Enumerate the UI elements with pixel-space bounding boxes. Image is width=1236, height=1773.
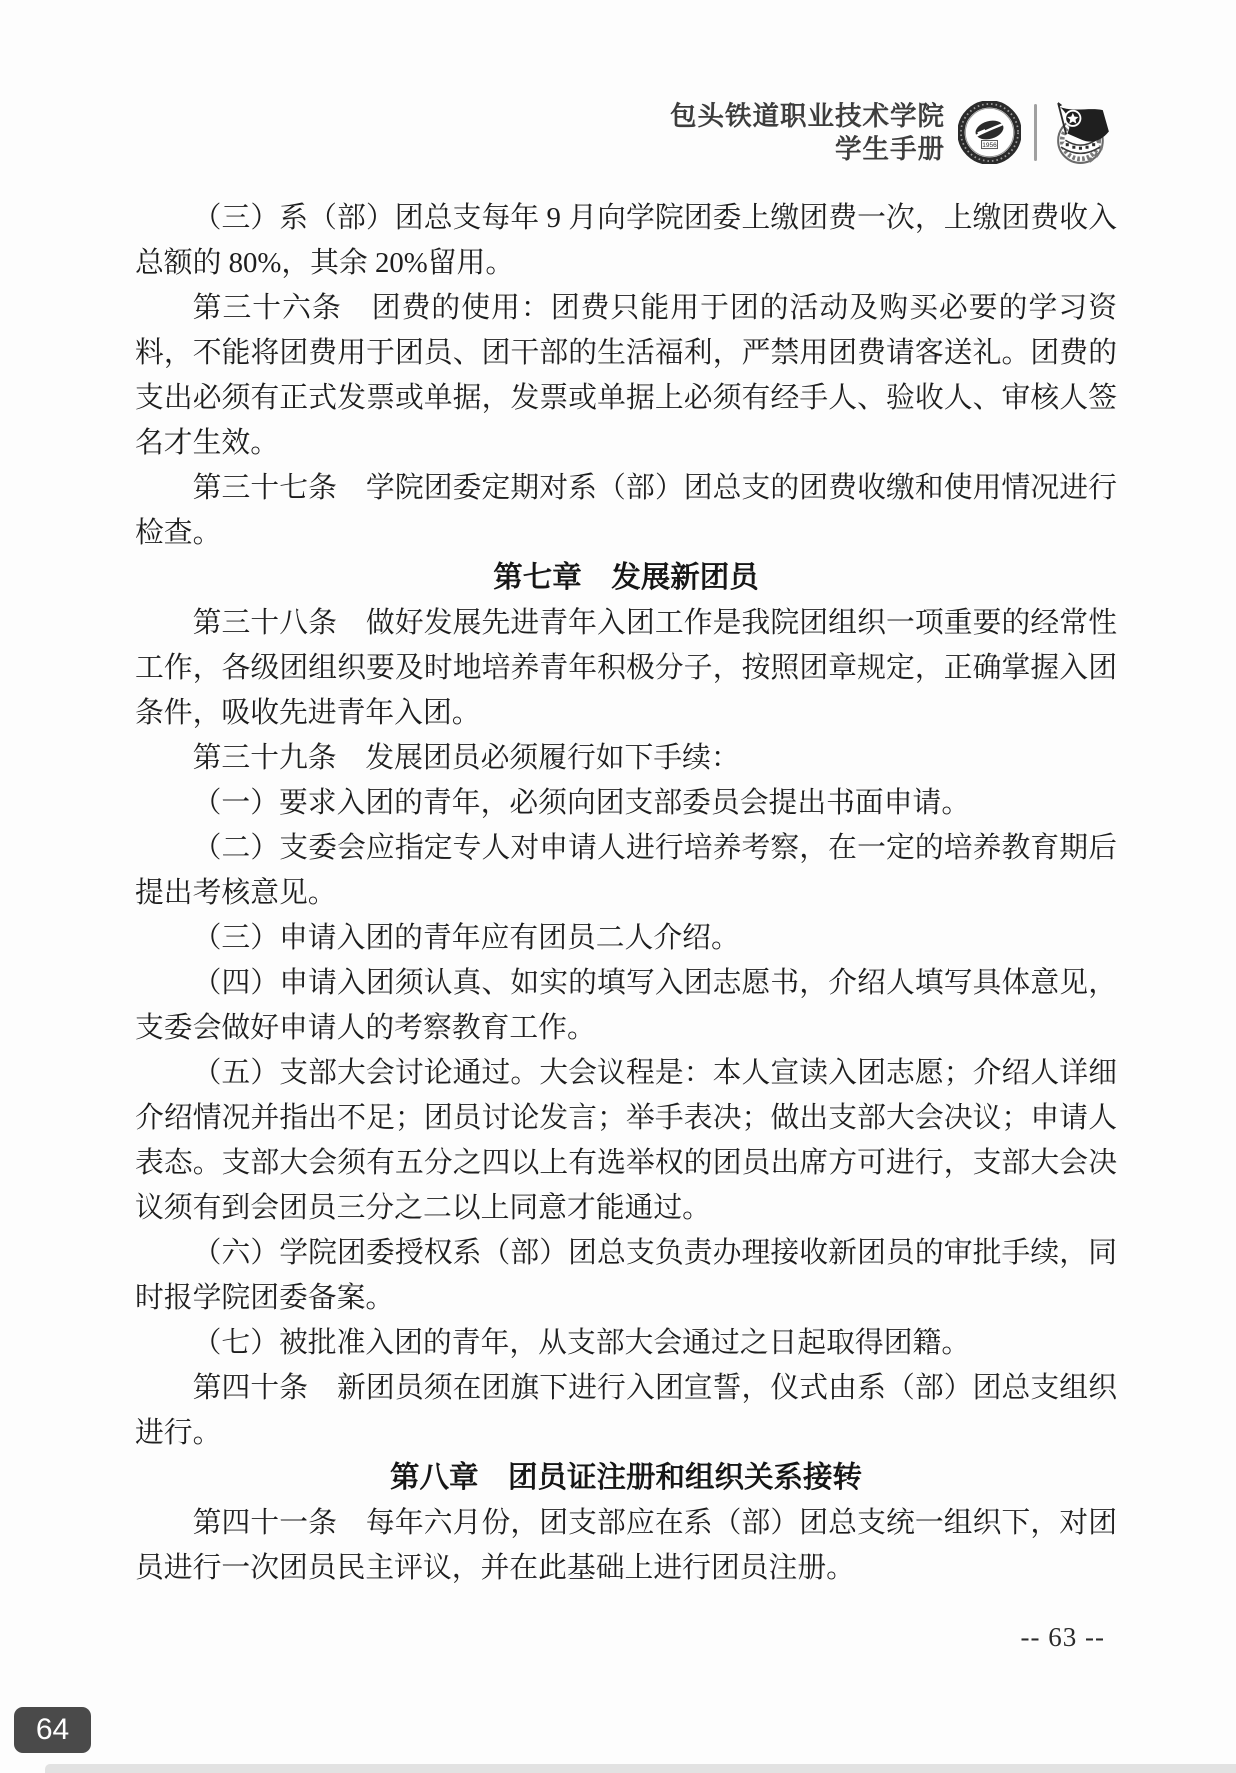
- body-paragraph: （三）申请入团的青年应有团员二人介绍。: [135, 916, 1117, 961]
- handbook-title: 学生手册: [670, 133, 945, 166]
- body-paragraph: （四）申请入团须认真、如实的填写入团志愿书，介绍人填写具体意见，支委会做好申请人…: [135, 961, 1117, 1051]
- body-paragraph: 第三十六条 团费的使用：团费只能用于团的活动及购买必要的学习资料，不能将团费用于…: [135, 286, 1117, 466]
- body-paragraph: 第三十七条 学院团委定期对系（部）团总支的团费收缴和使用情况进行检查。: [135, 466, 1117, 556]
- page-header: 包头铁道职业技术学院 学生手册 1956: [670, 98, 1117, 167]
- body-paragraph: 第四十一条 每年六月份，团支部应在系（部）团总支统一组织下，对团员进行一次团员民…: [135, 1501, 1117, 1591]
- document-body: （三）系（部）团总支每年 9 月向学院团委上缴团费一次，上缴团费收入总额的 80…: [135, 196, 1117, 1591]
- page-indicator-badge: 64: [14, 1707, 91, 1753]
- seal-year-label: 1956: [982, 142, 997, 149]
- logo-divider: [1034, 104, 1037, 161]
- body-paragraph: （三）系（部）团总支每年 9 月向学院团委上缴团费一次，上缴团费收入总额的 80…: [135, 196, 1117, 286]
- body-paragraph: （二）支委会应指定专人对申请人进行培养考察，在一定的培养教育期后提出考核意见。: [135, 826, 1117, 916]
- youth-league-badge-icon: [1050, 98, 1117, 167]
- college-seal-icon: 1956: [958, 101, 1021, 164]
- college-name: 包头铁道职业技术学院: [670, 100, 945, 133]
- bottom-edge-strip: [45, 1764, 1236, 1773]
- body-paragraph: （一）要求入团的青年，必须向团支部委员会提出书面申请。: [135, 781, 1117, 826]
- body-paragraph: （七）被批准入团的青年，从支部大会通过之日起取得团籍。: [135, 1321, 1117, 1366]
- body-paragraph: （六）学院团委授权系（部）团总支负责办理接收新团员的审批手续，同时报学院团委备案…: [135, 1231, 1117, 1321]
- body-paragraph: 第三十八条 做好发展先进青年入团工作是我院团组织一项重要的经常性工作，各级团组织…: [135, 601, 1117, 736]
- handbook-page: 包头铁道职业技术学院 学生手册 1956: [0, 0, 1236, 1773]
- body-paragraph: 第四十条 新团员须在团旗下进行入团宣誓，仪式由系（部）团总支组织进行。: [135, 1366, 1117, 1456]
- chapter-heading: 第七章 发展新团员: [135, 556, 1117, 601]
- body-paragraph: （五）支部大会讨论通过。大会议程是：本人宣读入团志愿；介绍人详细介绍情况并指出不…: [135, 1051, 1117, 1231]
- chapter-heading: 第八章 团员证注册和组织关系接转: [135, 1456, 1117, 1501]
- body-paragraph: 第三十九条 发展团员必须履行如下手续：: [135, 736, 1117, 781]
- header-text-block: 包头铁道职业技术学院 学生手册: [670, 100, 945, 166]
- page-number: -- 63 --: [1021, 1621, 1105, 1653]
